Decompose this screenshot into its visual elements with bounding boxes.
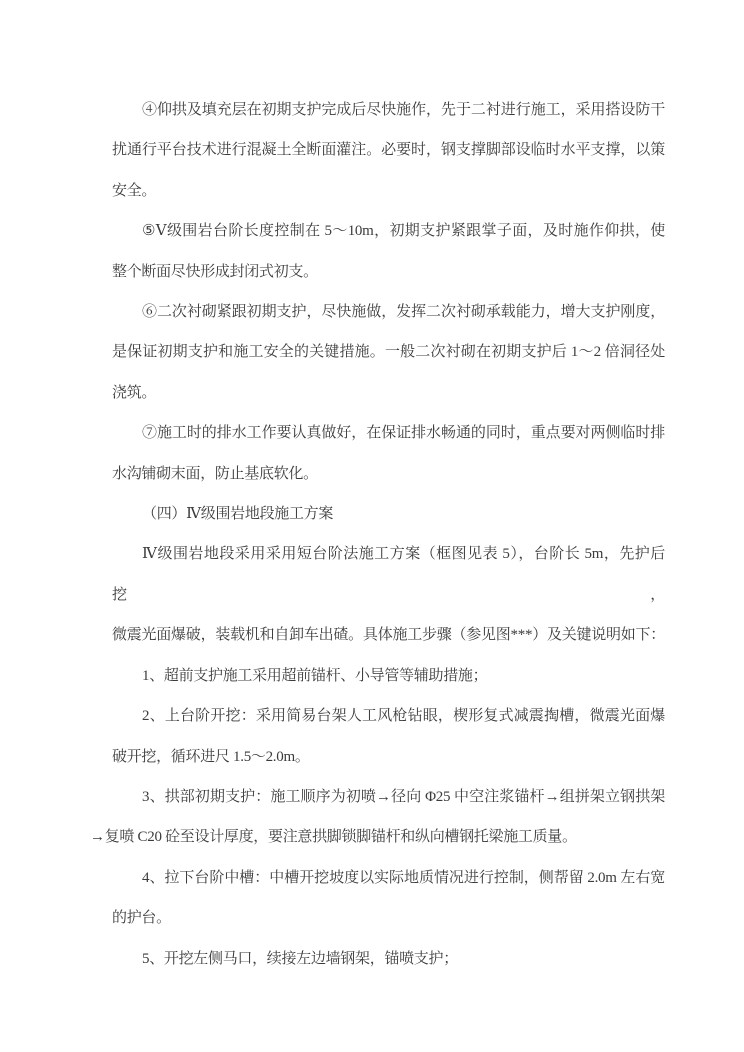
text-line: 5、开挖左侧马口，续接左边墙钢架，锚喷支护； — [112, 939, 665, 979]
section-heading-text: （四）Ⅳ级围岩地段施工方案 — [112, 494, 665, 534]
paragraph-grade-iv-overview: Ⅳ级围岩地段采用采用短台阶法施工方案（框图见表 5），台阶长 5m，先护后挖， … — [112, 534, 665, 655]
paragraph-step-5-left-side: 5、开挖左侧马口，续接左边墙钢架，锚喷支护； — [112, 939, 665, 979]
text-line: 安全。 — [112, 171, 665, 211]
text-line: 浇筑。 — [112, 373, 665, 413]
document-page: ④仰拱及填充层在初期支护完成后尽快施作，先于二衬进行施工，采用搭设防干 扰通行平… — [0, 0, 744, 1052]
text-line: 水沟铺砌末面，防止基底软化。 — [112, 454, 665, 494]
text-line: 是保证初期支护和施工安全的关键措施。一般二次衬砌在初期支护后 1～2 倍洞径处 — [112, 332, 665, 372]
paragraph-item-4-invert-arch: ④仰拱及填充层在初期支护完成后尽快施作，先于二衬进行施工，采用搭设防干 扰通行平… — [112, 90, 665, 211]
text-line: Ⅳ级围岩地段采用采用短台阶法施工方案（框图见表 5），台阶长 5m，先护后挖， — [112, 534, 665, 615]
text-line: 整个断面尽快形成封闭式初支。 — [112, 252, 665, 292]
paragraph-step-4-lower-bench-trench: 4、拉下台阶中槽：中槽开挖坡度以实际地质情况进行控制，侧帮留 2.0m 左右宽 … — [112, 858, 665, 939]
text-line: 3、拱部初期支护：施工顺序为初喷→径向 Φ25 中空注浆锚杆→组拼架立钢拱架 — [112, 777, 665, 817]
text-line: 的护台。 — [112, 898, 665, 938]
paragraph-step-2-upper-bench: 2、上台阶开挖：采用简易台架人工风枪钻眼，楔形复式减震掏槽，微震光面爆 破开挖，… — [112, 696, 665, 777]
text-line: 1、超前支护施工采用超前锚杆、小导管等辅助措施； — [112, 656, 665, 696]
text-line: →复喷 C20 砼至设计厚度，要注意拱脚锁脚锚杆和纵向槽钢托梁施工质量。 — [112, 817, 665, 857]
section-heading-grade-iv: （四）Ⅳ级围岩地段施工方案 — [112, 494, 665, 534]
paragraph-step-3-arch-support: 3、拱部初期支护：施工顺序为初喷→径向 Φ25 中空注浆锚杆→组拼架立钢拱架 →… — [112, 777, 665, 858]
paragraph-item-6-secondary-lining: ⑥二次衬砌紧跟初期支护，尽快施做，发挥二次衬砌承载能力，增大支护刚度， 是保证初… — [112, 292, 665, 413]
text-line: 扰通行平台技术进行混凝土全断面灌注。必要时，钢支撑脚部设临时水平支撑，以策 — [112, 130, 665, 170]
text-line: ⑦施工时的排水工作要认真做好，在保证排水畅通的同时，重点要对两侧临时排 — [112, 413, 665, 453]
text-line: 2、上台阶开挖：采用简易台架人工风枪钻眼，楔形复式减震掏槽，微震光面爆 — [112, 696, 665, 736]
document-content: ④仰拱及填充层在初期支护完成后尽快施作，先于二衬进行施工，采用搭设防干 扰通行平… — [112, 90, 665, 979]
text-line: ⑥二次衬砌紧跟初期支护，尽快施做，发挥二次衬砌承载能力，增大支护刚度， — [112, 292, 665, 332]
paragraph-item-5-grade-v-bench: ⑤Ⅴ级围岩台阶长度控制在 5～10m，初期支护紧跟掌子面，及时施作仰拱，使 整个… — [112, 211, 665, 292]
text-line: 破开挖，循环进尺 1.5～2.0m。 — [112, 737, 665, 777]
paragraph-item-7-drainage: ⑦施工时的排水工作要认真做好，在保证排水畅通的同时，重点要对两侧临时排 水沟铺砌… — [112, 413, 665, 494]
text-line: 微震光面爆破，装载机和自卸车出碴。具体施工步骤（参见图***）及关键说明如下： — [112, 615, 665, 655]
paragraph-step-1-advance-support: 1、超前支护施工采用超前锚杆、小导管等辅助措施； — [112, 656, 665, 696]
text-line: ④仰拱及填充层在初期支护完成后尽快施作，先于二衬进行施工，采用搭设防干 — [112, 90, 665, 130]
text-line: 4、拉下台阶中槽：中槽开挖坡度以实际地质情况进行控制，侧帮留 2.0m 左右宽 — [112, 858, 665, 898]
text-line: ⑤Ⅴ级围岩台阶长度控制在 5～10m，初期支护紧跟掌子面，及时施作仰拱，使 — [112, 211, 665, 251]
